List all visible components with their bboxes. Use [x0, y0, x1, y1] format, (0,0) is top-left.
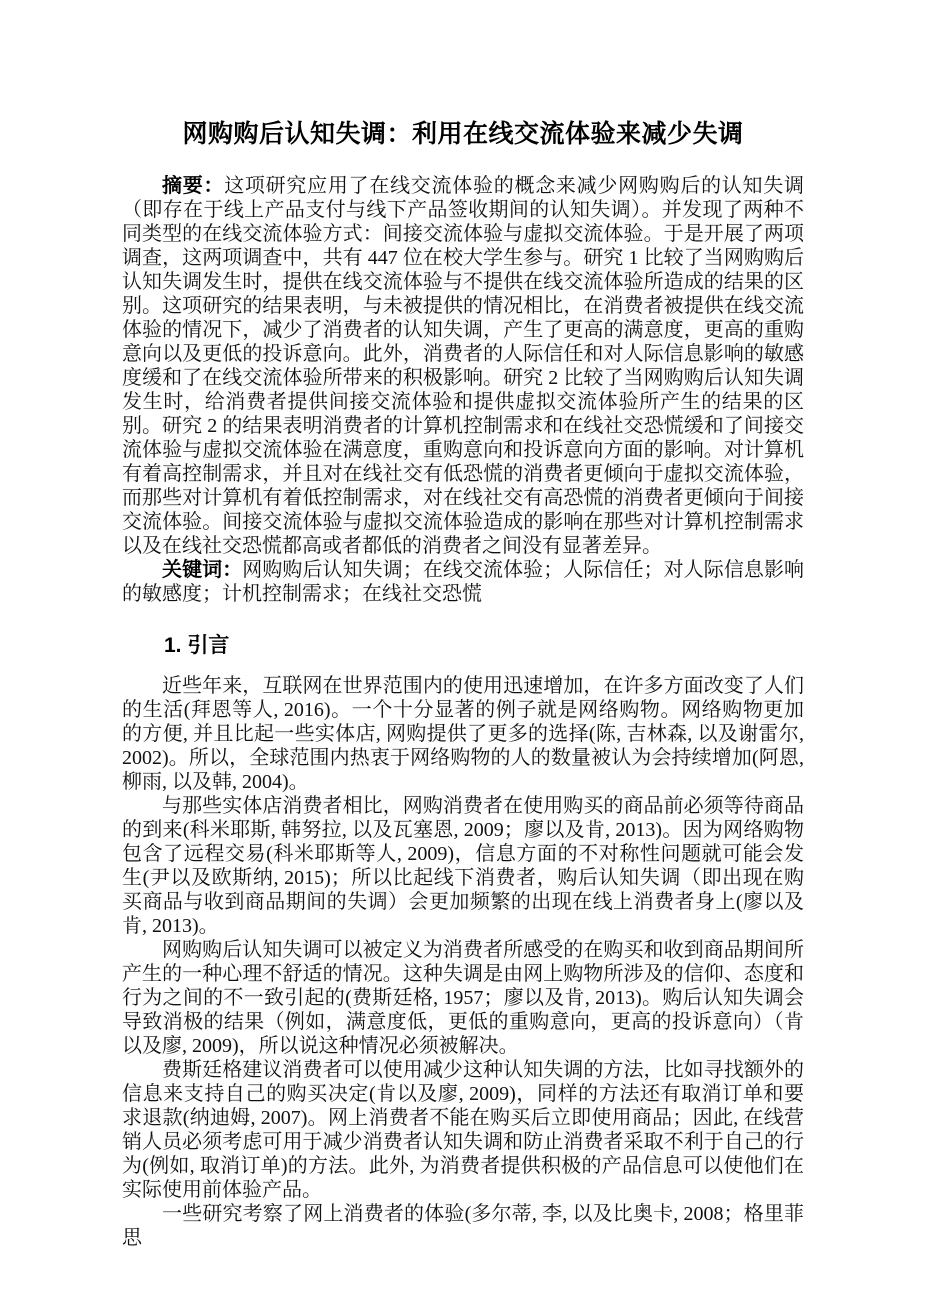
intro-paragraph-4: 费斯廷格建议消费者可以使用减少这种认知失调的方法，比如寻找额外的信息来支持自己的…	[122, 1058, 804, 1202]
intro-paragraph-1: 近些年来，互联网在世界范围内的使用迅速增加，在许多方面改变了人们的生活(拜恩等人…	[122, 674, 804, 794]
section-heading-introduction: 1. 引言	[122, 632, 804, 660]
intro-paragraph-5: 一些研究考察了网上消费者的体验(多尔蒂, 李, 以及比奥卡, 2008；格里菲思	[122, 1202, 804, 1250]
document-page: 网购购后认知失调：利用在线交流体验来减少失调 摘要：这项研究应用了在线交流体验的…	[0, 0, 926, 1309]
keywords-label: 关键词：	[162, 559, 242, 581]
abstract-label: 摘要：	[162, 175, 224, 197]
abstract-text: 这项研究应用了在线交流体验的概念来减少网购购后的认知失调（即存在于线上产品支付与…	[122, 175, 804, 557]
intro-paragraph-3: 网购购后认知失调可以被定义为消费者所感受的在购买和收到商品期间所产生的一种心理不…	[122, 938, 804, 1058]
intro-paragraph-2: 与那些实体店消费者相比，网购消费者在使用购买的商品前必须等待商品的到来(科米耶斯…	[122, 794, 804, 938]
abstract-paragraph: 摘要：这项研究应用了在线交流体验的概念来减少网购购后的认知失调（即存在于线上产品…	[122, 174, 804, 558]
paper-title: 网购购后认知失调：利用在线交流体验来减少失调	[122, 118, 804, 150]
keywords-paragraph: 关键词：网购购后认知失调；在线交流体验；人际信任；对人际信息影响的敏感度；计机控…	[122, 558, 804, 606]
